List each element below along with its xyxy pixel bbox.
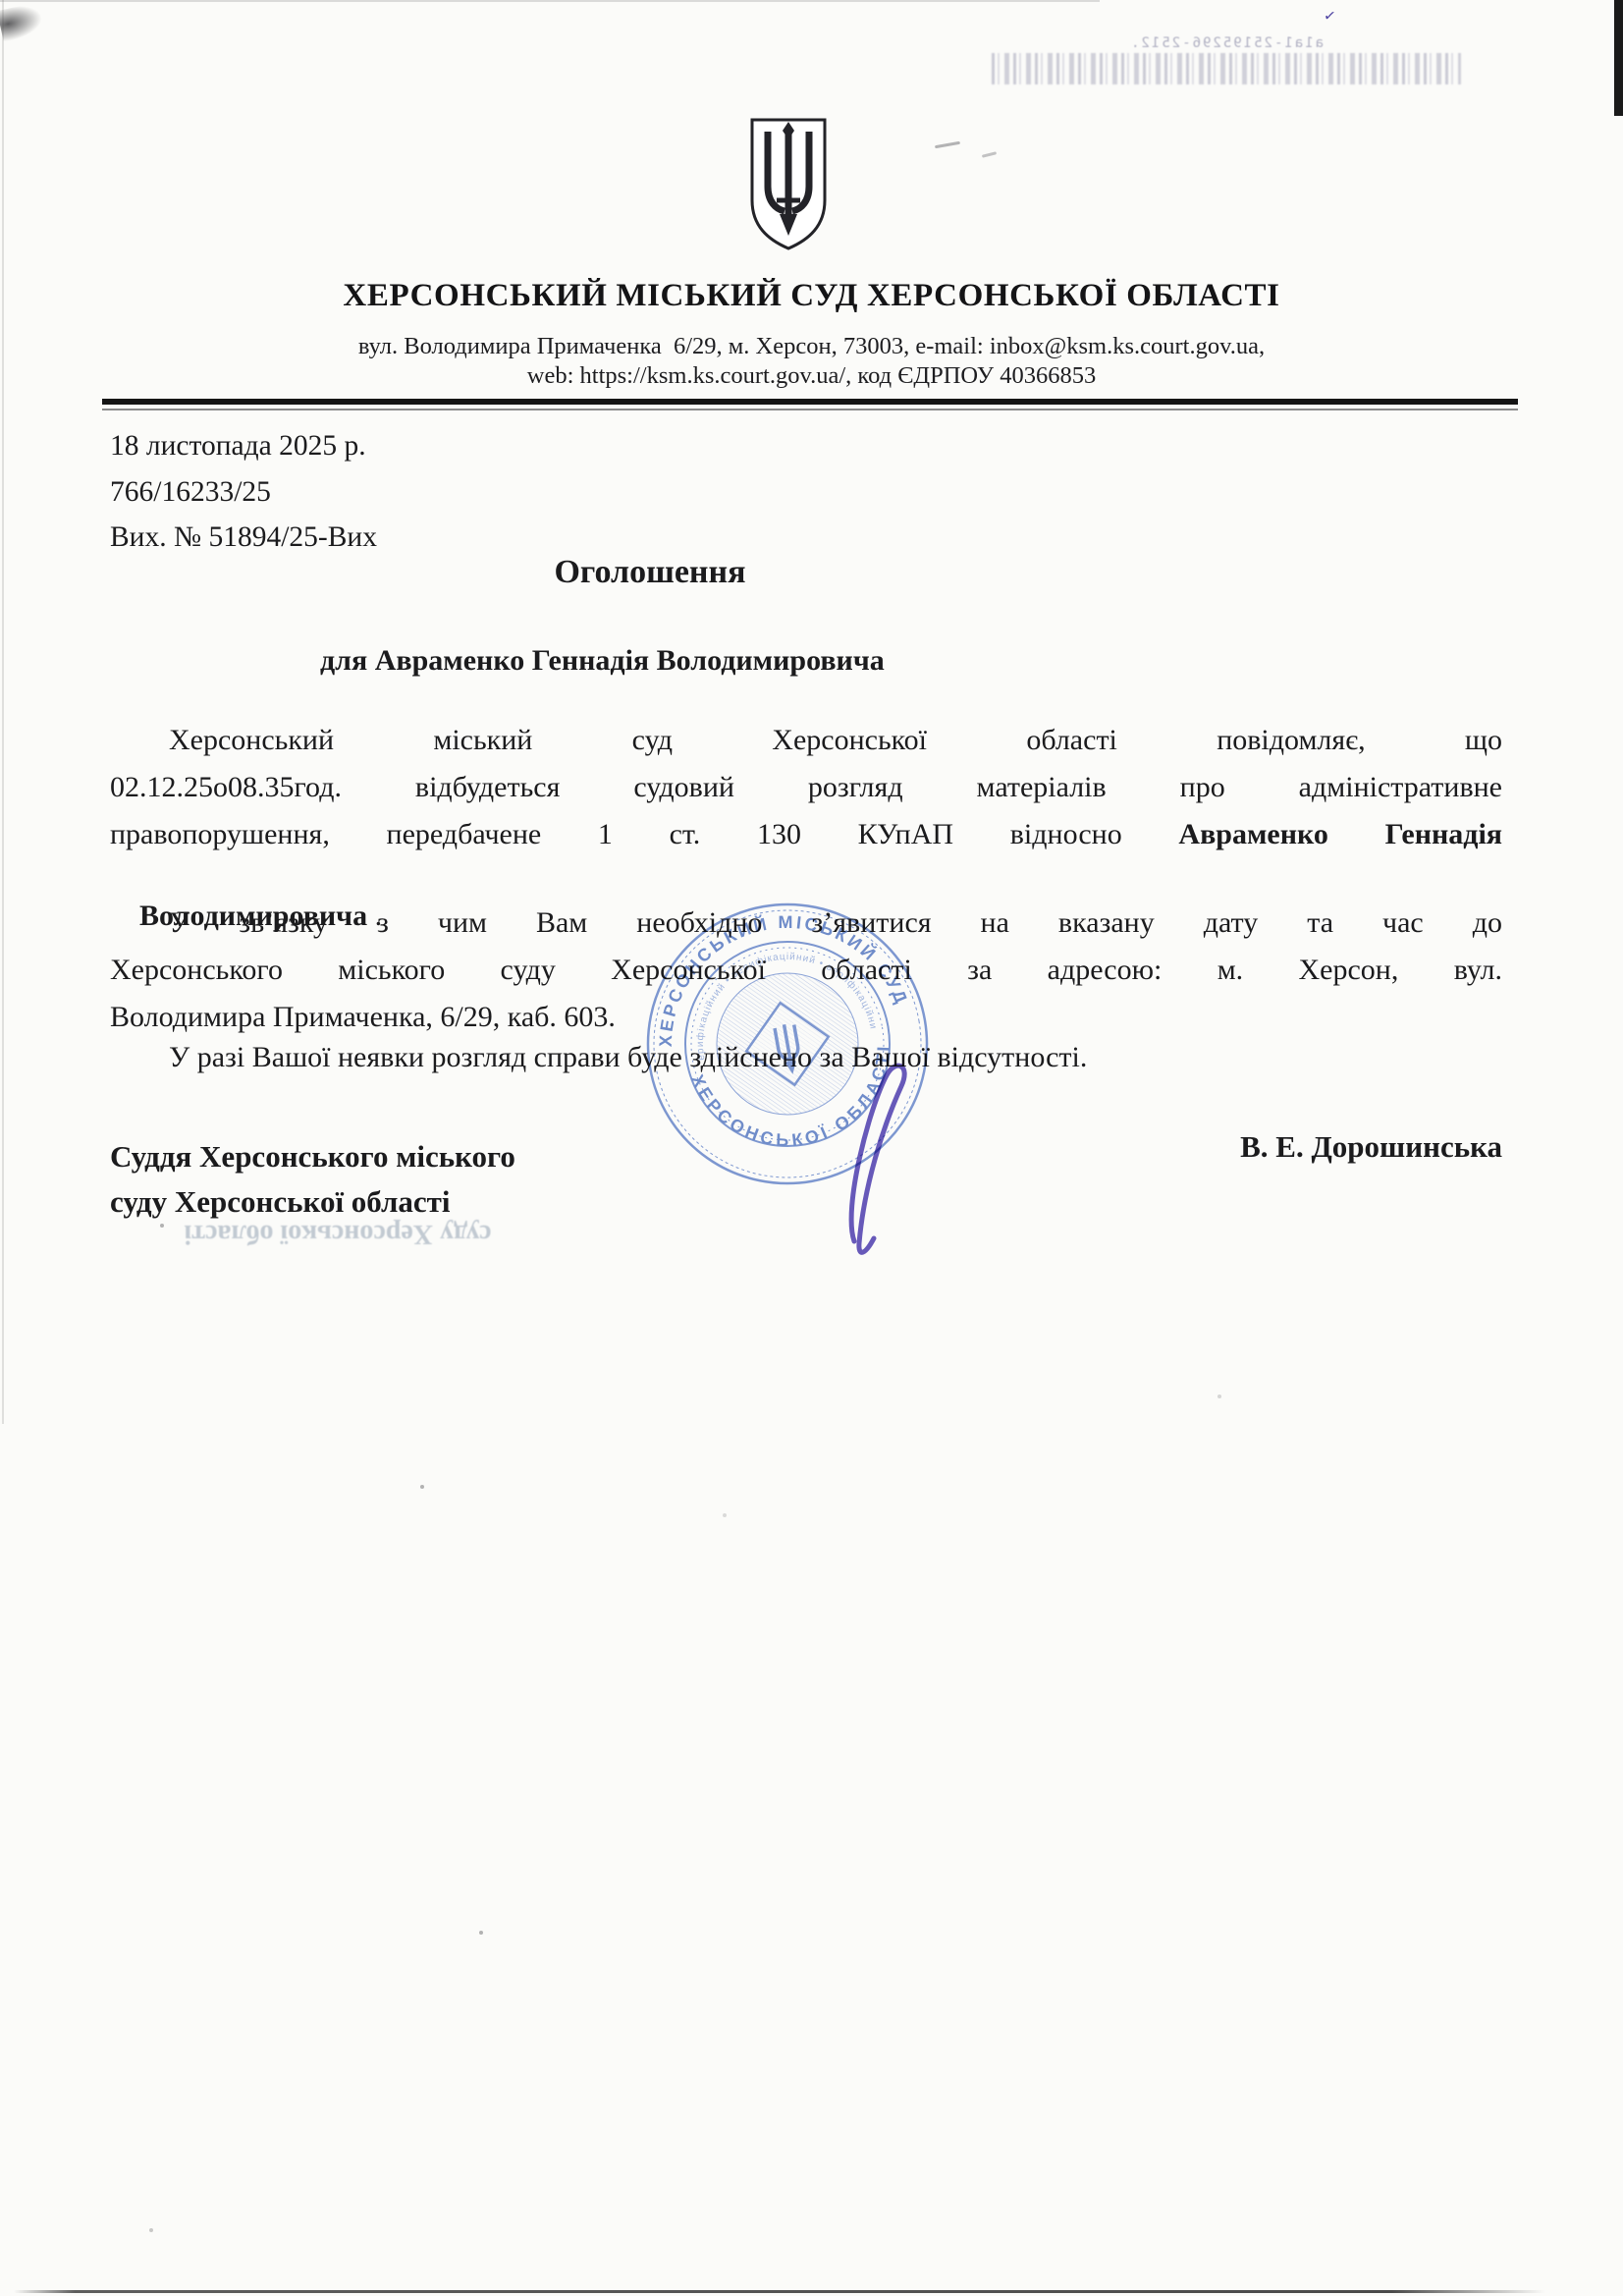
body-line: Херсонський міський суд Херсонської обла… xyxy=(169,724,1502,758)
scan-edge-line-left xyxy=(2,0,4,1424)
body-line: 02.12.25о08.35год. відбудеться судовий р… xyxy=(110,771,1502,805)
scan-edge-line-bottom xyxy=(14,2290,1545,2293)
judge-handwritten-signature xyxy=(785,1049,933,1260)
ukraine-trident-emblem-icon xyxy=(744,116,833,258)
letterhead-divider xyxy=(102,399,1518,405)
pencil-dash xyxy=(935,141,960,148)
outgoing-number: Вих. № 51894/25-Вих xyxy=(110,521,377,555)
scan-speck xyxy=(420,1485,424,1489)
bleed-through-text: суду Херсонської області xyxy=(145,1218,530,1249)
scan-speck xyxy=(479,1931,483,1935)
court-name-heading: ХЕРСОНСЬКИЙ МІСЬКИЙ СУД ХЕРСОНСЬКОЇ ОБЛА… xyxy=(0,278,1623,315)
scan-speck xyxy=(149,2228,153,2232)
scan-speck xyxy=(1217,1394,1221,1398)
document-title: Оголошення xyxy=(0,553,1300,591)
body-line: Володимира Примаченка, 6/29, каб. 603. xyxy=(110,1001,616,1035)
bleed-through-barcode xyxy=(992,53,1461,84)
bleed-through-barcode-text: а1а1-25195296-2512. xyxy=(1129,35,1324,51)
judge-role-line1: Суддя Херсонського міського xyxy=(110,1139,515,1175)
court-address-line: вул. Володимира Примаченка 6/29, м. Херс… xyxy=(0,333,1623,360)
defendant-name: Авраменко Геннадія xyxy=(1178,818,1502,850)
letter-date: 18 листопада 2025 р. xyxy=(110,430,366,464)
case-number: 766/16233/25 xyxy=(110,476,271,510)
scan-edge-line-top xyxy=(0,0,1100,2)
addressee-line: для Авраменко Геннадія Володимировича xyxy=(320,644,885,679)
court-web-line: web: https://ksm.ks.court.gov.ua/, код Є… xyxy=(0,362,1623,390)
scanned-court-letter: а1а1-25195296-2512. ✓ ХЕРСОНСЬКИЙ МІСЬКИ… xyxy=(0,0,1623,2296)
judge-role-line2: суду Херсонської області xyxy=(110,1184,451,1220)
scan-corner-smudge xyxy=(0,2,48,44)
scan-speck xyxy=(723,1513,727,1517)
body-text: правопорушення, передбачене 1 ст. 130 КУ… xyxy=(110,818,1122,850)
judge-name: В. Е. Дорошинська xyxy=(1240,1129,1502,1165)
scan-edge-bar xyxy=(1614,0,1623,116)
pen-check-mark: ✓ xyxy=(1323,7,1337,26)
body-line: правопорушення, передбачене 1 ст. 130 КУ… xyxy=(110,818,1502,852)
letterhead-divider-shadow xyxy=(102,409,1518,410)
pencil-dash xyxy=(982,151,997,158)
